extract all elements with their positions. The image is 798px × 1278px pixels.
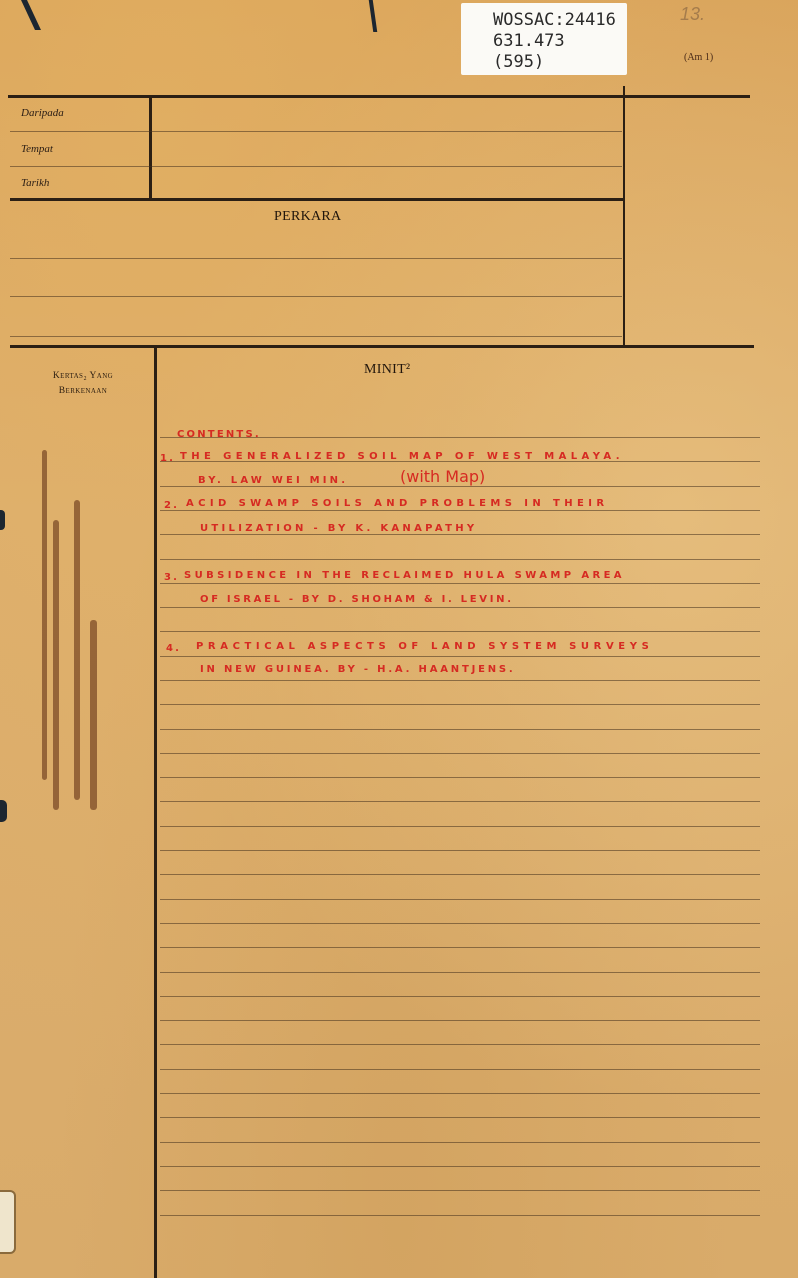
minit-rule — [160, 1069, 760, 1070]
entry-2-title: Acid Swamp Soils and Problems in their — [186, 498, 608, 509]
paper-tear — [21, 0, 41, 30]
perkara-line — [10, 336, 622, 337]
pencil-folio-number: 13. — [680, 4, 705, 25]
minit-rule — [160, 1117, 760, 1118]
entry-3-author: of Israel - By D. Shoham & I. Levin. — [200, 594, 514, 605]
minit-rule — [160, 680, 760, 681]
rust-stain — [53, 520, 59, 810]
binding-clip — [0, 1190, 16, 1254]
minit-rule — [160, 1044, 760, 1045]
entry-2-number: 2. — [164, 500, 179, 511]
rust-stain — [74, 500, 80, 800]
minit-rule — [160, 1093, 760, 1094]
field-rule — [10, 131, 622, 132]
perkara-line — [10, 258, 622, 259]
minit-rule — [160, 972, 760, 973]
minit-title: MINIT² — [364, 362, 410, 378]
header-divider — [149, 97, 152, 199]
minit-rule — [160, 559, 760, 560]
field-label-daripada: Daripada — [21, 107, 64, 119]
minit-rule — [160, 996, 760, 997]
entry-1-note: (with Map) — [400, 467, 485, 486]
archive-classification: 631.473 — [493, 31, 627, 52]
entry-2-author: Utilization - By K. Kanapathy — [200, 523, 477, 534]
entry-4-author: in New Guinea. By - H.A. Haantjens. — [200, 664, 516, 675]
entry-4-title: Practical Aspects of Land System Surveys — [196, 641, 653, 652]
minit-rule — [160, 631, 760, 632]
minit-divider — [154, 347, 157, 1278]
field-rule — [10, 166, 622, 167]
perkara-right-rule — [623, 86, 625, 348]
minit-rule — [160, 534, 760, 535]
entry-1-number: 1. — [160, 453, 175, 464]
archive-id: WOSSAC:24416 — [493, 10, 627, 31]
entry-1-title: The Generalized Soil Map of West Malaya. — [180, 451, 624, 462]
rust-stain — [90, 620, 97, 810]
form-code: (Am 1) — [684, 52, 713, 63]
minit-rule — [160, 729, 760, 730]
perkara-title: PERKARA — [274, 209, 341, 225]
minit-rule — [160, 923, 760, 924]
binding-hole — [0, 510, 5, 530]
minit-top-rule — [10, 345, 754, 348]
entry-3-title: Subsidence in the Reclaimed Hula Swamp A… — [184, 570, 625, 581]
minit-rule — [160, 1020, 760, 1021]
entry-3-number: 3. — [164, 572, 179, 583]
minit-rule — [160, 704, 760, 705]
minit-rule — [160, 656, 760, 657]
minit-rule — [160, 874, 760, 875]
minit-rule — [160, 777, 760, 778]
binding-hole — [0, 800, 7, 822]
contents-heading: Contents. — [177, 429, 261, 440]
archive-label: WOSSAC:24416 631.473 (595) — [461, 3, 627, 75]
minit-rule — [160, 1190, 760, 1191]
minit-rule — [160, 801, 760, 802]
minit-rule — [160, 753, 760, 754]
minit-rule — [160, 826, 760, 827]
paper-tear — [369, 0, 377, 32]
field-label-tarikh: Tarikh — [21, 177, 49, 189]
minit-rule — [160, 1215, 760, 1216]
minit-rule — [160, 850, 760, 851]
archive-number: (595) — [493, 52, 627, 73]
minit-rule — [160, 486, 760, 487]
entry-4-number: 4. — [166, 643, 181, 654]
perkara-line — [10, 296, 622, 297]
minit-rule — [160, 510, 760, 511]
minit-rule — [160, 607, 760, 608]
header-bottom-rule — [10, 198, 624, 201]
entry-1-author: By. Law Wei Min. — [198, 475, 348, 486]
side-column-heading: Kertas₂ Yang Berkenaan — [28, 369, 138, 399]
minit-rule — [160, 899, 760, 900]
field-label-tempat: Tempat — [21, 143, 53, 155]
minit-rule — [160, 583, 760, 584]
header-top-rule — [8, 95, 750, 98]
minit-rule — [160, 947, 760, 948]
rust-stain — [42, 450, 47, 780]
minit-rule — [160, 1166, 760, 1167]
minit-rule — [160, 1142, 760, 1143]
